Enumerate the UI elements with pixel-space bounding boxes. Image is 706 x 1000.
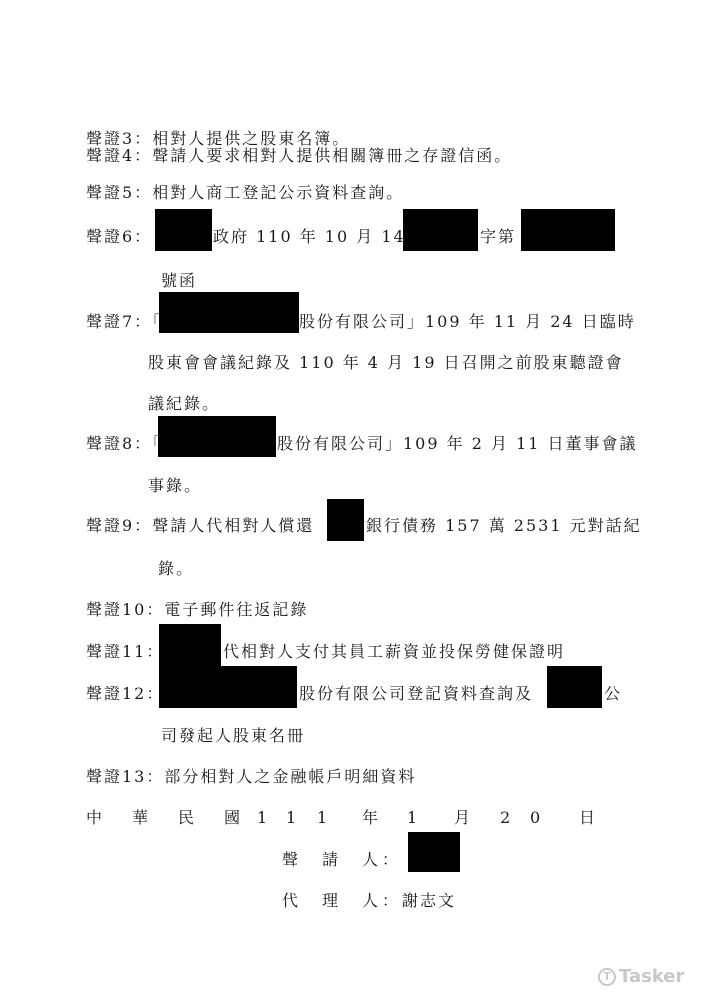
exhibit-label: 聲證4： xyxy=(86,146,152,165)
redaction-box xyxy=(521,209,615,251)
exhibit-9-label: 聲證9：聲請人代相對人償還 xyxy=(86,515,314,537)
exhibit-label: 聲證10： xyxy=(86,600,164,619)
exhibit-10: 聲證10：電子郵件往返記錄 xyxy=(86,599,308,621)
redaction-box xyxy=(327,499,364,541)
exhibit-label: 聲證13： xyxy=(86,767,164,786)
redaction-box xyxy=(159,624,221,666)
date-char: 中 xyxy=(86,807,102,829)
date-char: 年 xyxy=(362,807,378,829)
exhibit-7-label: 聲證7：「 xyxy=(86,311,162,333)
exhibit-12-cont: 司發起人股東名冊 xyxy=(161,725,305,747)
date-char: 1 xyxy=(257,807,267,829)
exhibit-8-cont: 事錄。 xyxy=(148,475,202,497)
exhibit-text: 電子郵件往返記錄 xyxy=(164,600,308,619)
applicant-label: 聲 請 人： xyxy=(282,849,402,871)
exhibit-11-label: 聲證11： xyxy=(86,641,164,663)
date-char: 1 xyxy=(286,807,296,829)
date-char: 1 xyxy=(407,807,417,829)
exhibit-6-label: 聲證6： xyxy=(86,226,152,248)
exhibit-text: 部分相對人之金融帳戶明細資料 xyxy=(164,767,416,786)
exhibit-4: 聲證4：聲請人要求相對人提供相關簿冊之存證信函。 xyxy=(86,145,512,167)
date-char: 民 xyxy=(178,807,194,829)
date-char: 日 xyxy=(579,807,595,829)
date-char: 國 xyxy=(224,807,240,829)
date-char: 華 xyxy=(132,807,148,829)
watermark: T Tasker xyxy=(598,966,684,987)
redaction-box xyxy=(408,832,460,872)
exhibit-9-text: 銀行債務 157 萬 2531 元對話紀 xyxy=(366,515,642,537)
exhibit-5: 聲證5：相對人商工登記公示資料查詢。 xyxy=(86,182,404,204)
exhibit-label: 聲證5： xyxy=(86,183,152,202)
exhibit-7-text: 股份有限公司」109 年 11 月 24 日臨時 xyxy=(299,311,636,333)
exhibit-6-text-2: 字第 xyxy=(480,226,516,248)
agent-label-text: 代 理 人： xyxy=(282,891,402,910)
exhibit-label: 聲證9： xyxy=(86,516,152,535)
redaction-box xyxy=(159,666,297,708)
exhibit-text: 聲請人要求相對人提供相關簿冊之存證信函。 xyxy=(152,146,512,165)
exhibit-9-cont: 錄。 xyxy=(158,558,194,580)
exhibit-12-text-2: 公 xyxy=(604,683,622,705)
exhibit-8-label: 聲證8：「 xyxy=(86,433,162,455)
date-char: 0 xyxy=(530,807,540,829)
exhibit-text: 相對人商工登記公示資料查詢。 xyxy=(152,183,404,202)
redaction-box xyxy=(158,416,276,457)
date-char: 2 xyxy=(500,807,510,829)
exhibit-12-label: 聲證12： xyxy=(86,683,164,705)
date-char: 月 xyxy=(454,807,470,829)
exhibit-11-text: 代相對人支付其員工薪資並投保勞健保證明 xyxy=(223,641,565,663)
exhibit-12-text: 股份有限公司登記資料查詢及 xyxy=(299,683,533,705)
watermark-text: Tasker xyxy=(619,966,684,987)
exhibit-13: 聲證13：部分相對人之金融帳戶明細資料 xyxy=(86,766,416,788)
redaction-box xyxy=(403,209,478,251)
exhibit-text: 聲請人代相對人償還 xyxy=(152,516,314,535)
redaction-box xyxy=(155,209,212,251)
exhibit-6-text: 政府 110 年 10 月 14 日 xyxy=(213,226,431,248)
redaction-box xyxy=(547,666,602,708)
exhibit-7-cont: 股東會會議紀錄及 110 年 4 月 19 日召開之前股東聽證會 xyxy=(148,352,624,374)
tasker-logo-icon: T xyxy=(598,968,616,986)
date-char: 1 xyxy=(317,807,327,829)
exhibit-7-cont-2: 議紀錄。 xyxy=(148,393,220,415)
redaction-box xyxy=(159,292,299,333)
agent-name: 謝志文 xyxy=(402,891,456,910)
exhibit-6-cont: 號函 xyxy=(161,270,197,292)
exhibit-8-text: 股份有限公司」109 年 2 月 11 日董事會議 xyxy=(277,433,638,455)
agent-label: 代 理 人：謝志文 xyxy=(282,890,456,912)
